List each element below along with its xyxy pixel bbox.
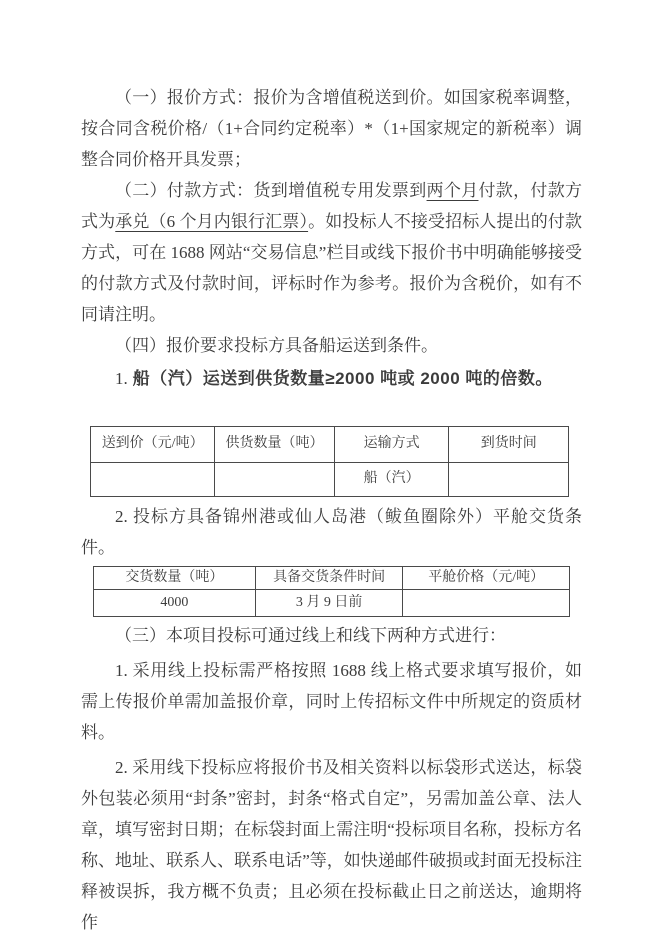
stowage-table: 交货数量（吨） 具备交货条件时间 平舱价格（元/吨） 4000 3 月 9 日前 [93,566,570,617]
header-cell-arrival-time: 到货时间 [449,427,569,463]
cell-delivery-quantity: 4000 [94,590,256,617]
delivery-table: 送到价（元/吨） 供货数量（吨） 运输方式 到货时间 船（汽） [90,426,569,497]
header-cell-delivery-quantity: 交货数量（吨） [94,567,256,590]
header-cell-ready-time: 具备交货条件时间 [255,567,403,590]
paragraph-port-delivery-condition: 2. 投标方具备锦州港或仙人岛港（鲅鱼圈除外）平舱交货条件。 [81,501,582,563]
cell-arrival-time [449,463,569,497]
stowage-table-header-row: 交货数量（吨） 具备交货条件时间 平舱价格（元/吨） [94,567,570,590]
item-text: 船（汽）运送到供货数量≥2000 吨或 2000 吨的倍数。 [133,369,553,388]
header-cell-stowage-price: 平舱价格（元/吨） [403,567,570,590]
paragraph-payment-method: （二）付款方式：货到增值税专用发票到两个月付款，付款方式为承兑（6 个月内银行汇… [81,175,582,330]
delivery-table-data-row: 船（汽） [91,463,569,497]
item-number: 1. [115,369,128,388]
cell-stowage-price [403,590,570,617]
delivery-table-header-row: 送到价（元/吨） 供货数量（吨） 运输方式 到货时间 [91,427,569,463]
paragraph-quote-requirement: （四）报价要求投标方具备船运送到条件。 [81,330,582,361]
header-cell-supply-quantity: 供货数量（吨） [215,427,335,463]
header-cell-delivered-price: 送到价（元/吨） [91,427,215,463]
paragraph-bidding-methods: （三）本项目投标可通过线上和线下两种方式进行： [81,620,582,651]
paragraph-pricing-method: （一）报价方式：报价为含增值税送到价。如国家税率调整，按合同含税价格/（1+合同… [81,82,582,175]
payment-segment: （二）付款方式：货到增值税专用发票到 [115,181,427,200]
cell-supply-quantity [215,463,335,497]
paragraph-online-bidding: 1. 采用线上投标需严格按照 1688 线上格式要求填写报价，如需上传报价单需加… [81,655,582,748]
heading-ship-delivery-condition: 1.船（汽）运送到供货数量≥2000 吨或 2000 吨的倍数。 [81,363,582,394]
stowage-table-data-row: 4000 3 月 9 日前 [94,590,570,617]
payment-term-underlined: 两个月 [427,181,479,200]
document-page: （一）报价方式：报价为含增值税送到价。如国家税率调整，按合同含税价格/（1+合同… [0,0,662,936]
cell-transport-mode: 船（汽） [334,463,449,497]
cell-ready-time: 3 月 9 日前 [255,590,403,617]
acceptance-term-underlined: 承兑（6 个月内银行汇票） [115,212,308,231]
paragraph-offline-bidding: 2. 采用线下投标应将报价书及相关资料以标袋形式送达，标袋外包装必须用“封条”密… [81,752,582,936]
header-cell-transport-mode: 运输方式 [334,427,449,463]
cell-delivered-price [91,463,215,497]
